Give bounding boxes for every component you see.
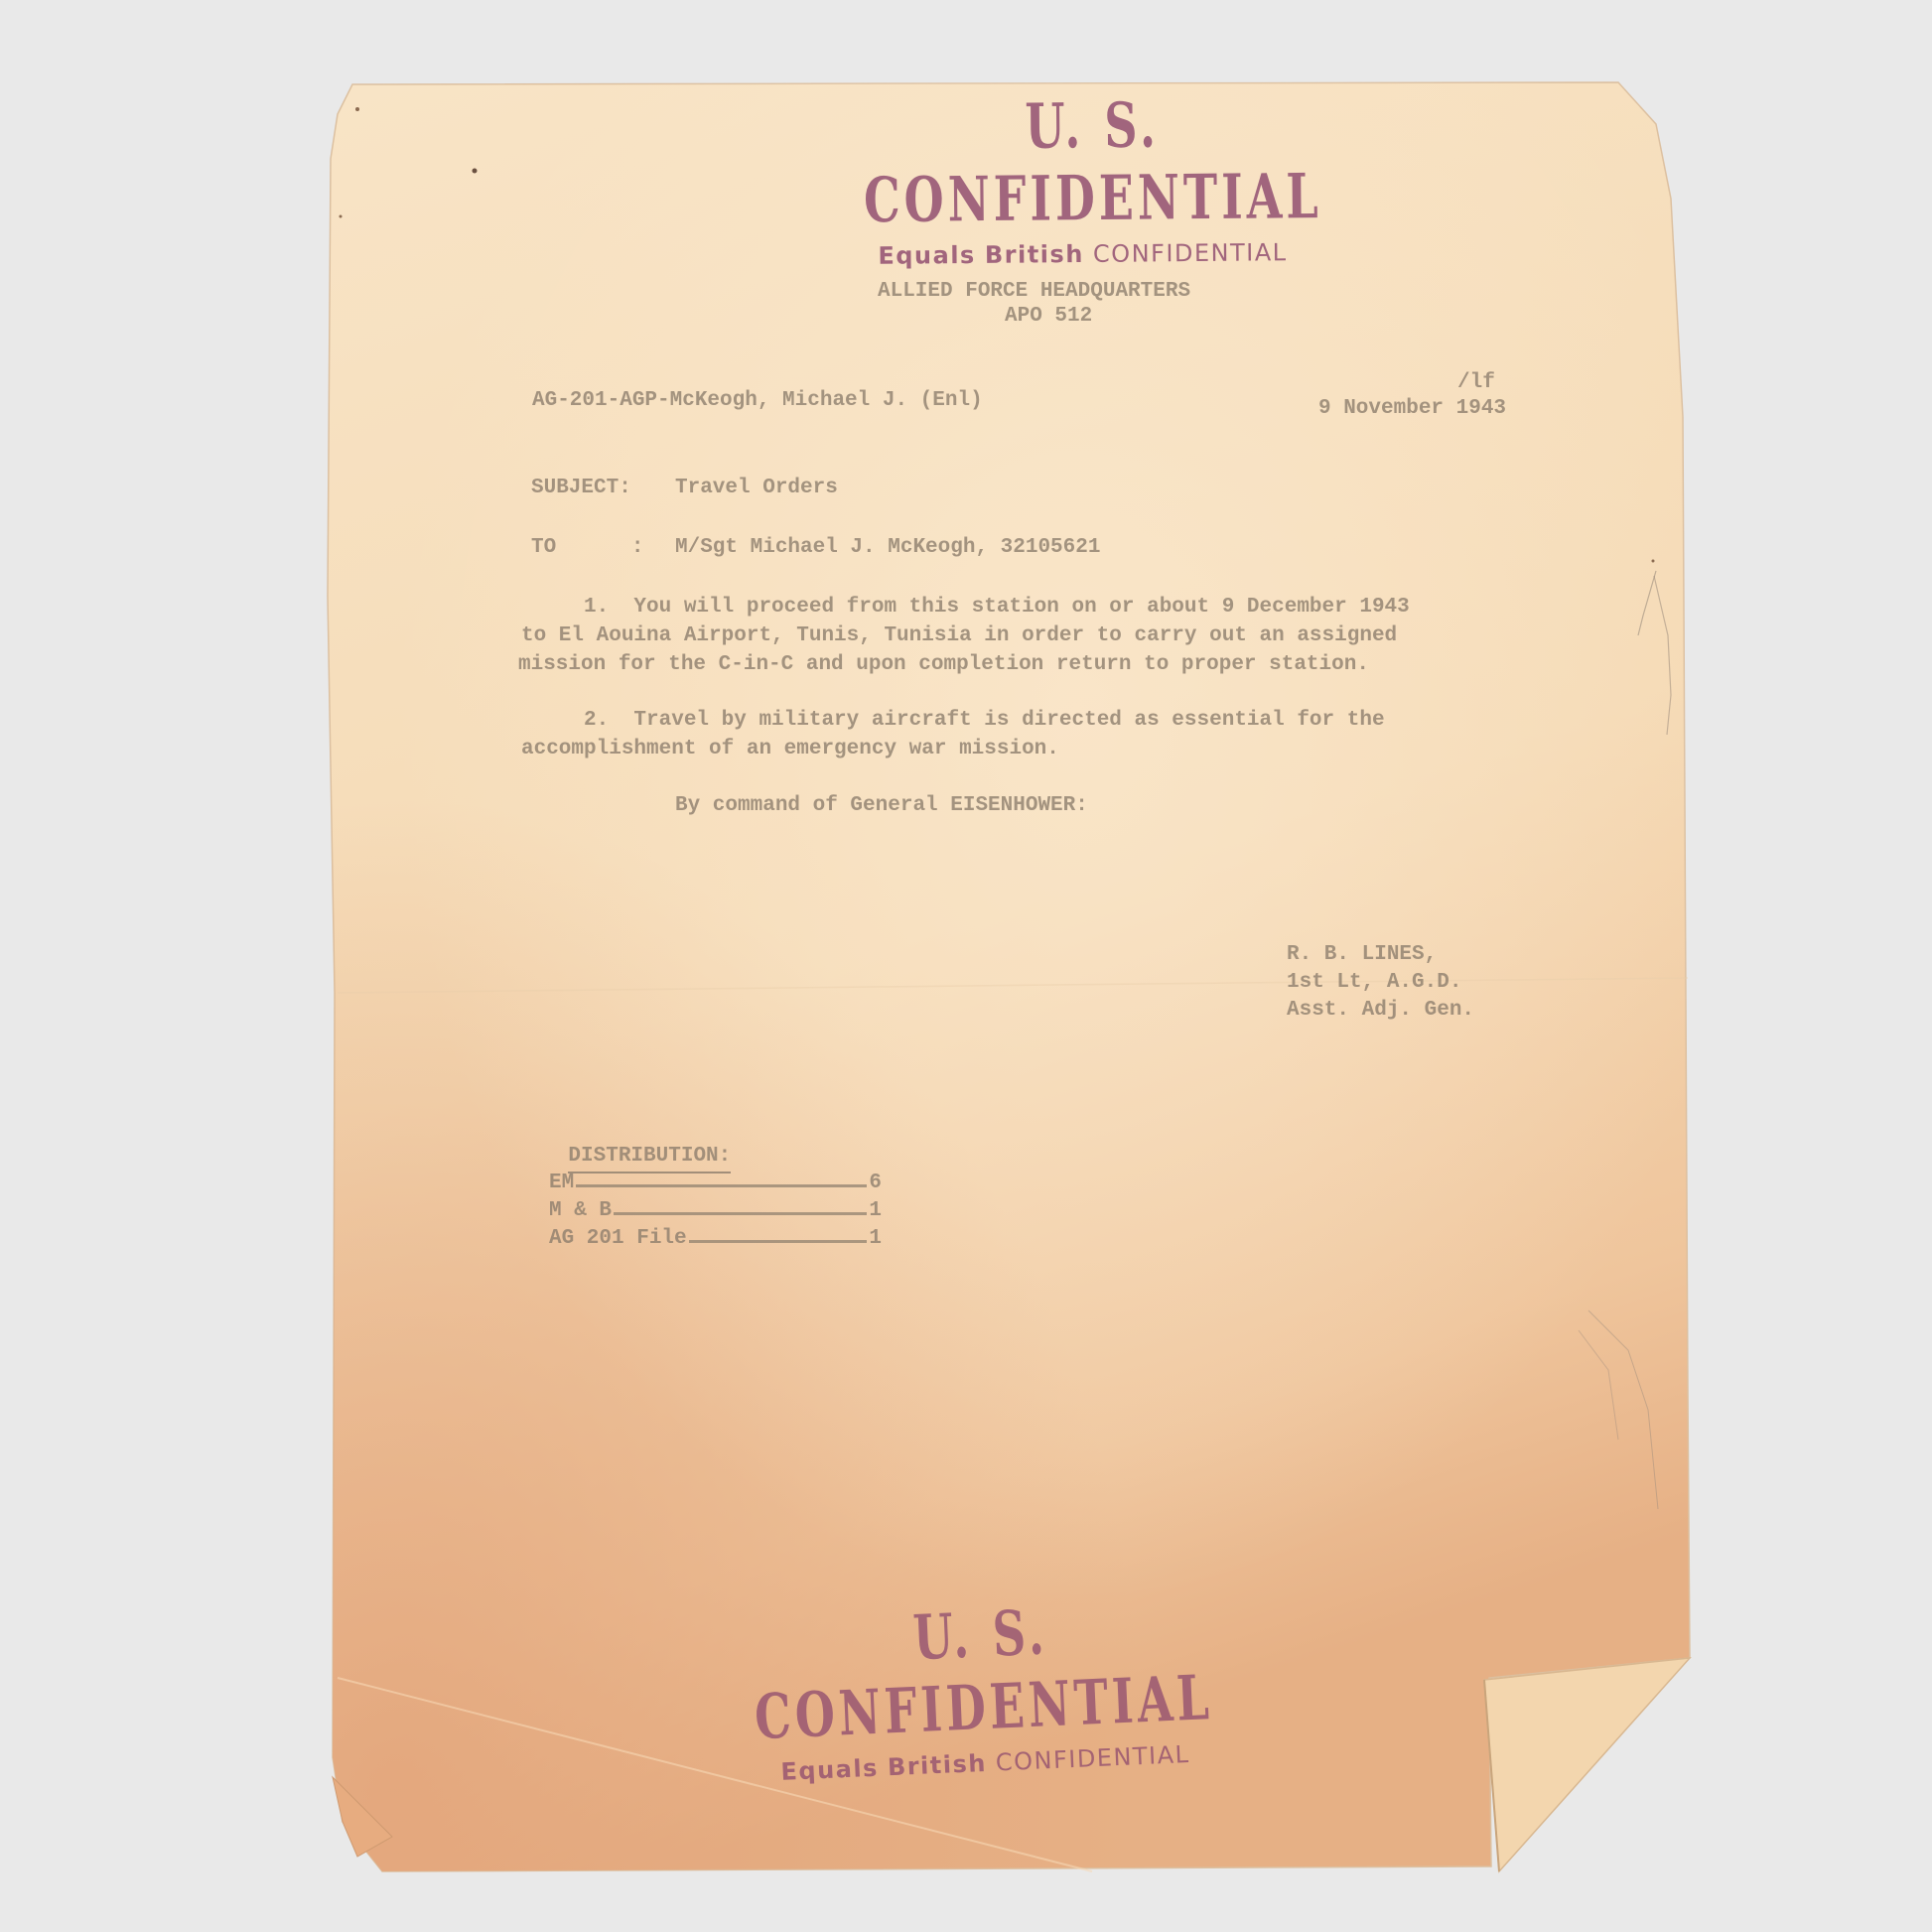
stamp-title: U. S. CONFIDENTIAL (863, 87, 1322, 236)
subject-value: Travel Orders (675, 475, 838, 502)
stamp-subtitle: Equals British CONFIDENTIAL (864, 238, 1301, 270)
paragraph-1-line-1: 1. You will proceed from this station on… (521, 594, 1410, 621)
header-org: ALLIED FORCE HEADQUARTERS (878, 278, 1190, 306)
paragraph-1-line-2: to El Aouina Airport, Tunis, Tunisia in … (521, 622, 1397, 650)
signature-name: R. B. LINES, (1287, 941, 1437, 969)
paragraph-1-line-3: mission for the C-in-C and upon completi… (518, 651, 1369, 679)
to-label: TO : (531, 534, 643, 562)
typist-initials: /lf (1457, 369, 1495, 397)
paragraph-2-line-2: accomplishment of an emergency war missi… (521, 736, 1059, 763)
distribution-row: AG 201 File 1 (549, 1225, 882, 1253)
distribution-row: EM 6 (549, 1170, 882, 1197)
subject-label: SUBJECT: (531, 475, 631, 502)
distribution-list: EM 6 M & B 1 AG 201 File 1 (549, 1170, 882, 1253)
document-date: 9 November 1943 (1318, 395, 1506, 423)
signature-title: Asst. Adj. Gen. (1287, 997, 1474, 1025)
to-value: M/Sgt Michael J. McKeogh, 32105621 (675, 534, 1100, 562)
header-apo: APO 512 (1005, 303, 1092, 331)
signature-rank: 1st Lt, A.G.D. (1287, 969, 1461, 997)
command-line: By command of General EISENHOWER: (675, 792, 1088, 820)
confidential-stamp-top: U. S. CONFIDENTIAL Equals British CONFID… (863, 125, 1301, 270)
photo-background: U. S. CONFIDENTIAL Equals British CONFID… (0, 0, 1932, 1932)
stamp-title: U. S. CONFIDENTIAL (750, 1588, 1214, 1753)
file-reference: AG-201-AGP-McKeogh, Michael J. (Enl) (532, 387, 983, 415)
distribution-row: M & B 1 (549, 1197, 882, 1225)
paragraph-2-line-1: 2. Travel by military aircraft is direct… (521, 707, 1385, 735)
confidential-stamp-bottom: U. S. CONFIDENTIAL Equals British CONFID… (752, 1626, 1214, 1787)
